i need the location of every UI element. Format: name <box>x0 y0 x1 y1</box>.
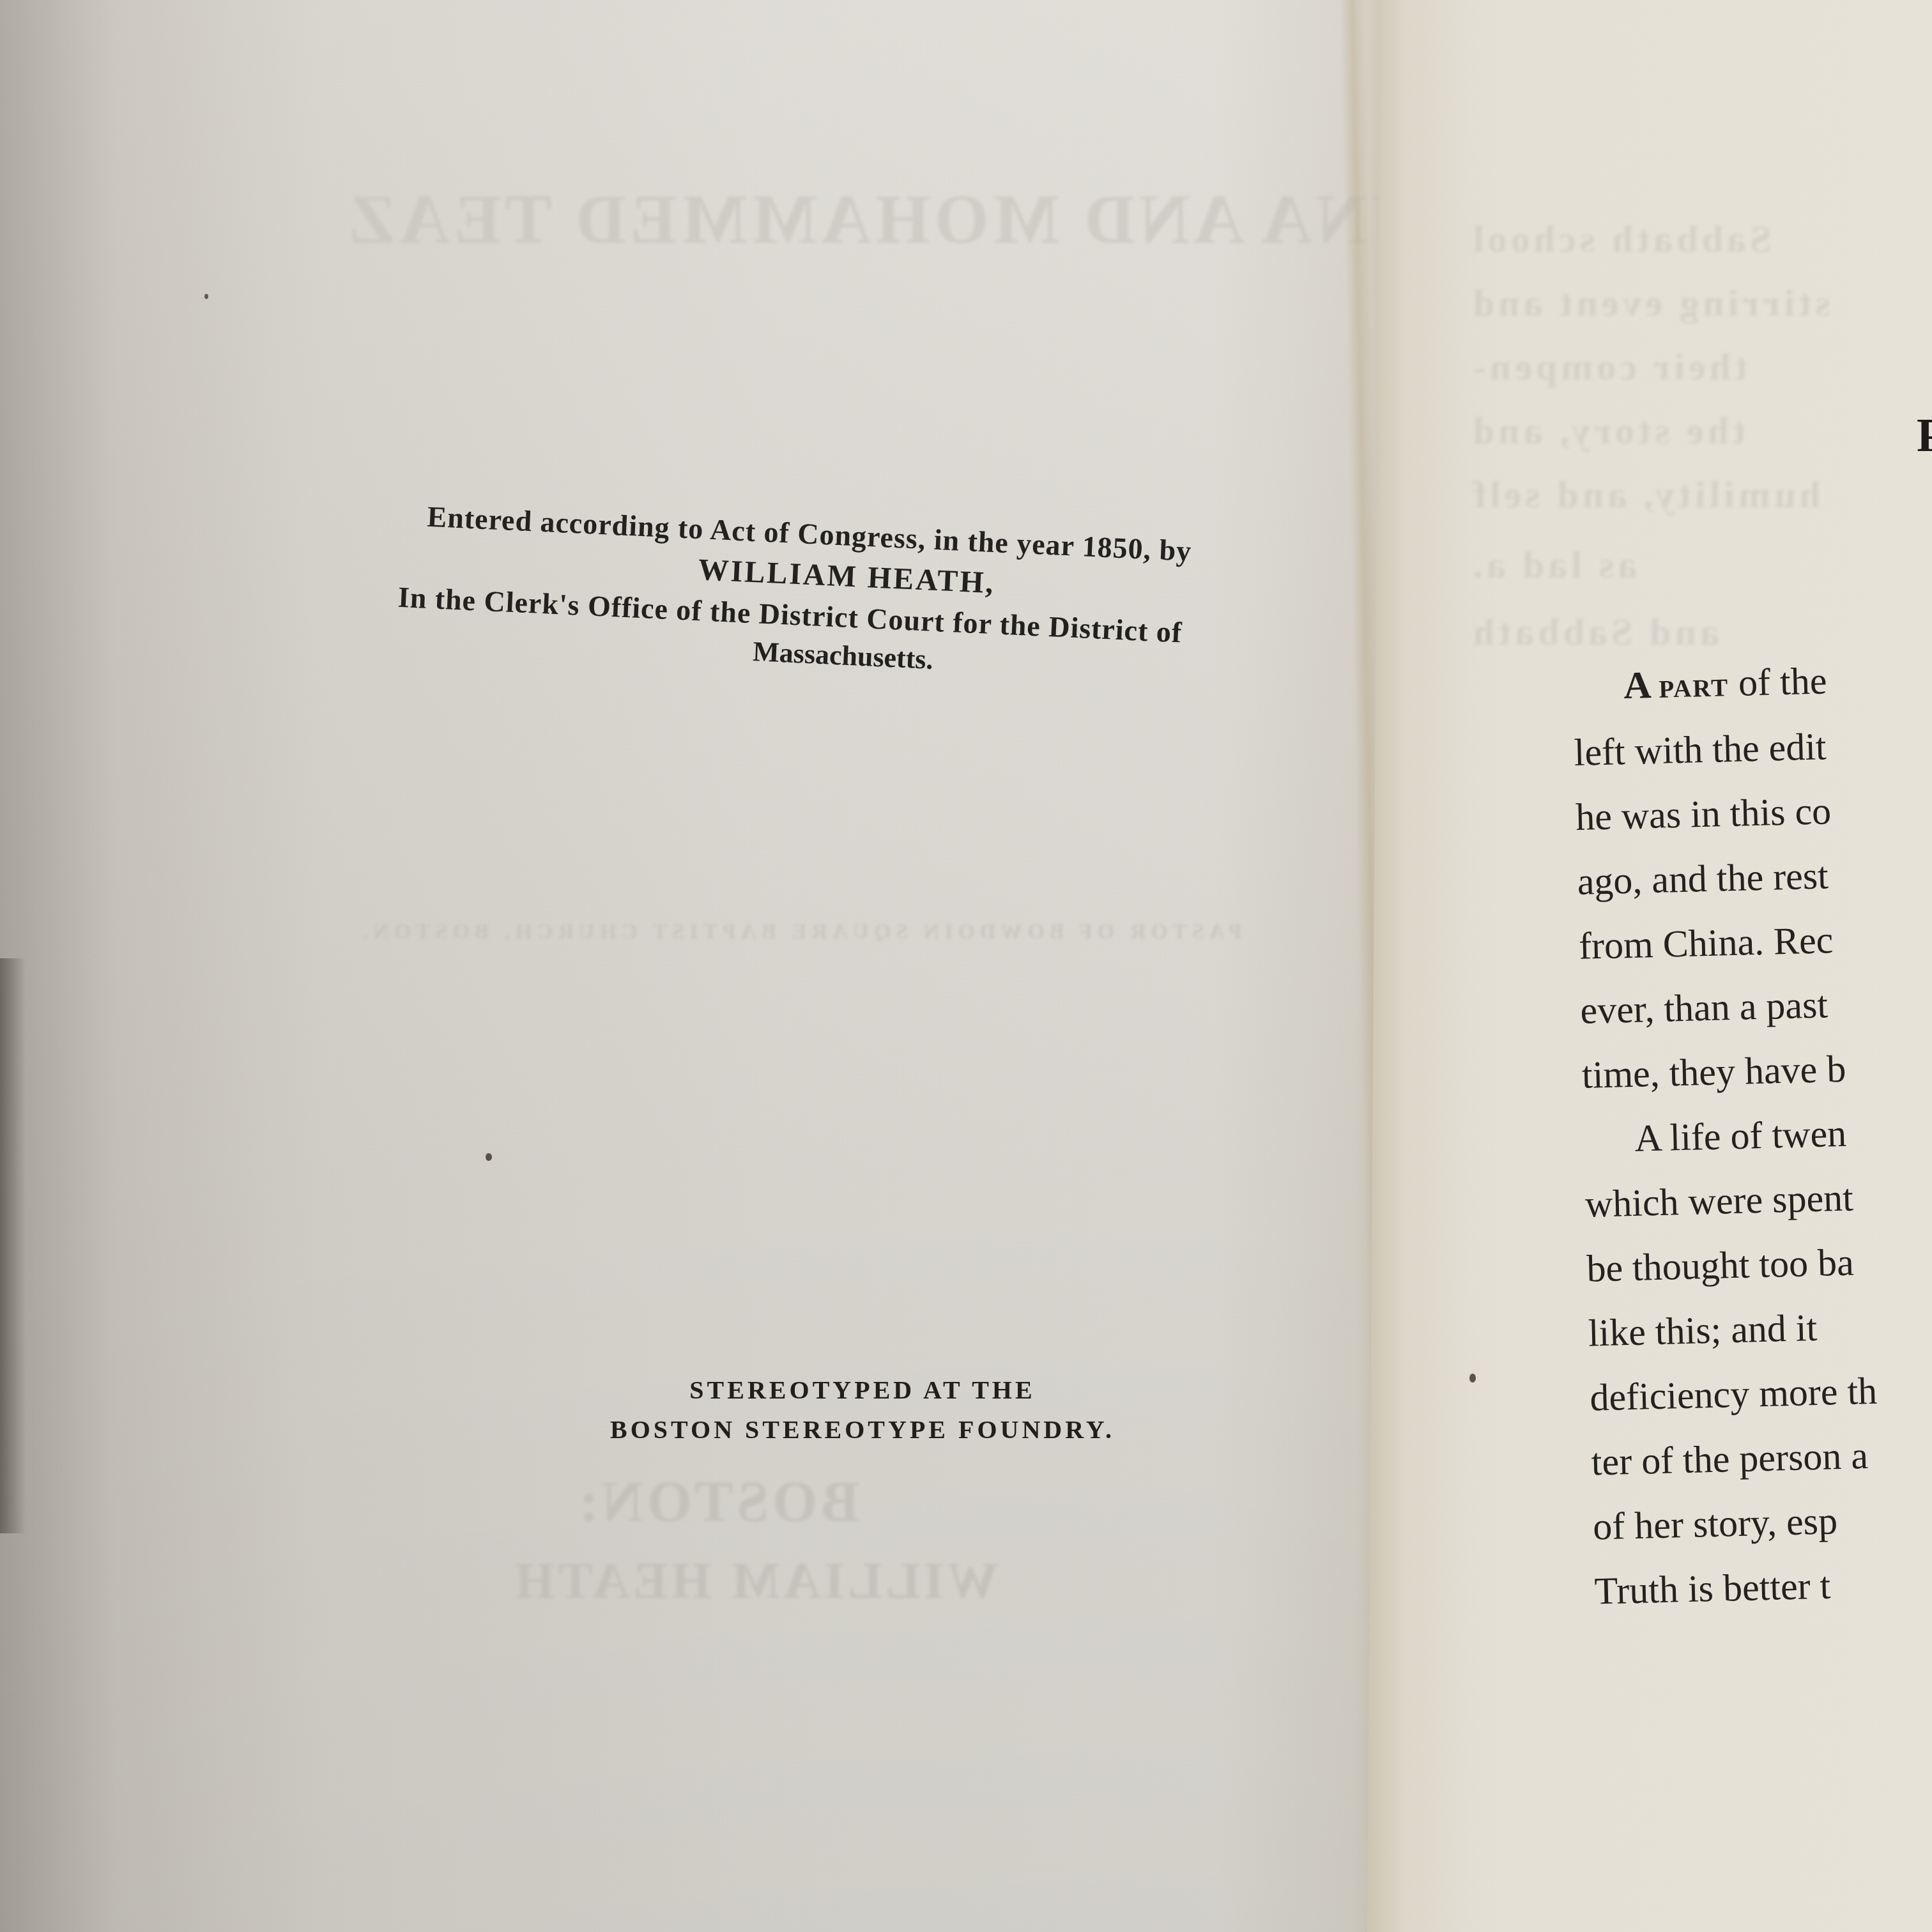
text-line: time, they have b <box>1581 1032 1932 1108</box>
show-through-line: as lad a. <box>1469 543 1637 587</box>
text-line: he was in this co <box>1575 774 1932 850</box>
printer-line-2: BOSTON STEREOTYPE FOUNDRY. <box>556 1410 1169 1450</box>
open-book-spread: MADONNA AND MOHAMMED TEAZ PASTOR OF BOWD… <box>0 0 1932 1932</box>
page-edge-shadow <box>0 958 26 1533</box>
text-line: which were spent <box>1584 1161 1932 1237</box>
text-line: deficiency more th <box>1589 1355 1932 1430</box>
text-line: left with the edit <box>1574 710 1932 785</box>
text-line: ter of the person a <box>1591 1420 1932 1495</box>
show-through-pastor: PASTOR OF BOWDOIN SQUARE BAPTIST CHURCH,… <box>358 920 1241 944</box>
preface-heading: P <box>1917 409 1932 463</box>
left-page-copyright: MADONNA AND MOHAMMED TEAZ PASTOR OF BOWD… <box>0 0 1380 1932</box>
paper-speck <box>486 1153 492 1161</box>
text-line: ago, and the rest <box>1576 839 1932 914</box>
text-line: A part of the <box>1572 644 1932 721</box>
show-through-city: BOSTON: <box>575 1469 859 1535</box>
text-line: Truth is better t <box>1594 1548 1932 1623</box>
text-line: like this; and it <box>1588 1291 1932 1366</box>
show-through-line: humility, and self <box>1469 473 1821 517</box>
copyright-notice: Entered according to Act of Congress, in… <box>395 498 1296 692</box>
show-through-line: the story, and <box>1469 409 1745 453</box>
text-line: A life of twen <box>1583 1097 1932 1172</box>
show-through-line: and Sabbath <box>1469 610 1719 654</box>
show-through-publisher: WILLIAM HEATH <box>511 1552 999 1611</box>
printer-line-1: STEREOTYPED AT THE <box>556 1370 1169 1410</box>
paper-speck <box>1469 1374 1476 1383</box>
text-line: be thought too ba <box>1586 1226 1932 1301</box>
show-through-line: their compen- <box>1469 345 1747 389</box>
paper-speck <box>204 294 208 299</box>
show-through-line: Sabbath school <box>1469 217 1771 261</box>
text-line: ever, than a past <box>1579 968 1932 1043</box>
text-line: of her story, esp <box>1592 1484 1932 1560</box>
printer-imprint: STEREOTYPED AT THE BOSTON STEREOTYPE FOU… <box>556 1370 1169 1450</box>
preface-body: A part of the left with the edit he was … <box>1572 644 1932 1624</box>
show-through-line: stirring event and <box>1469 281 1830 325</box>
text-line: from China. Rec <box>1578 903 1932 979</box>
show-through-title: MADONNA AND MOHAMMED TEAZ <box>345 179 1380 260</box>
